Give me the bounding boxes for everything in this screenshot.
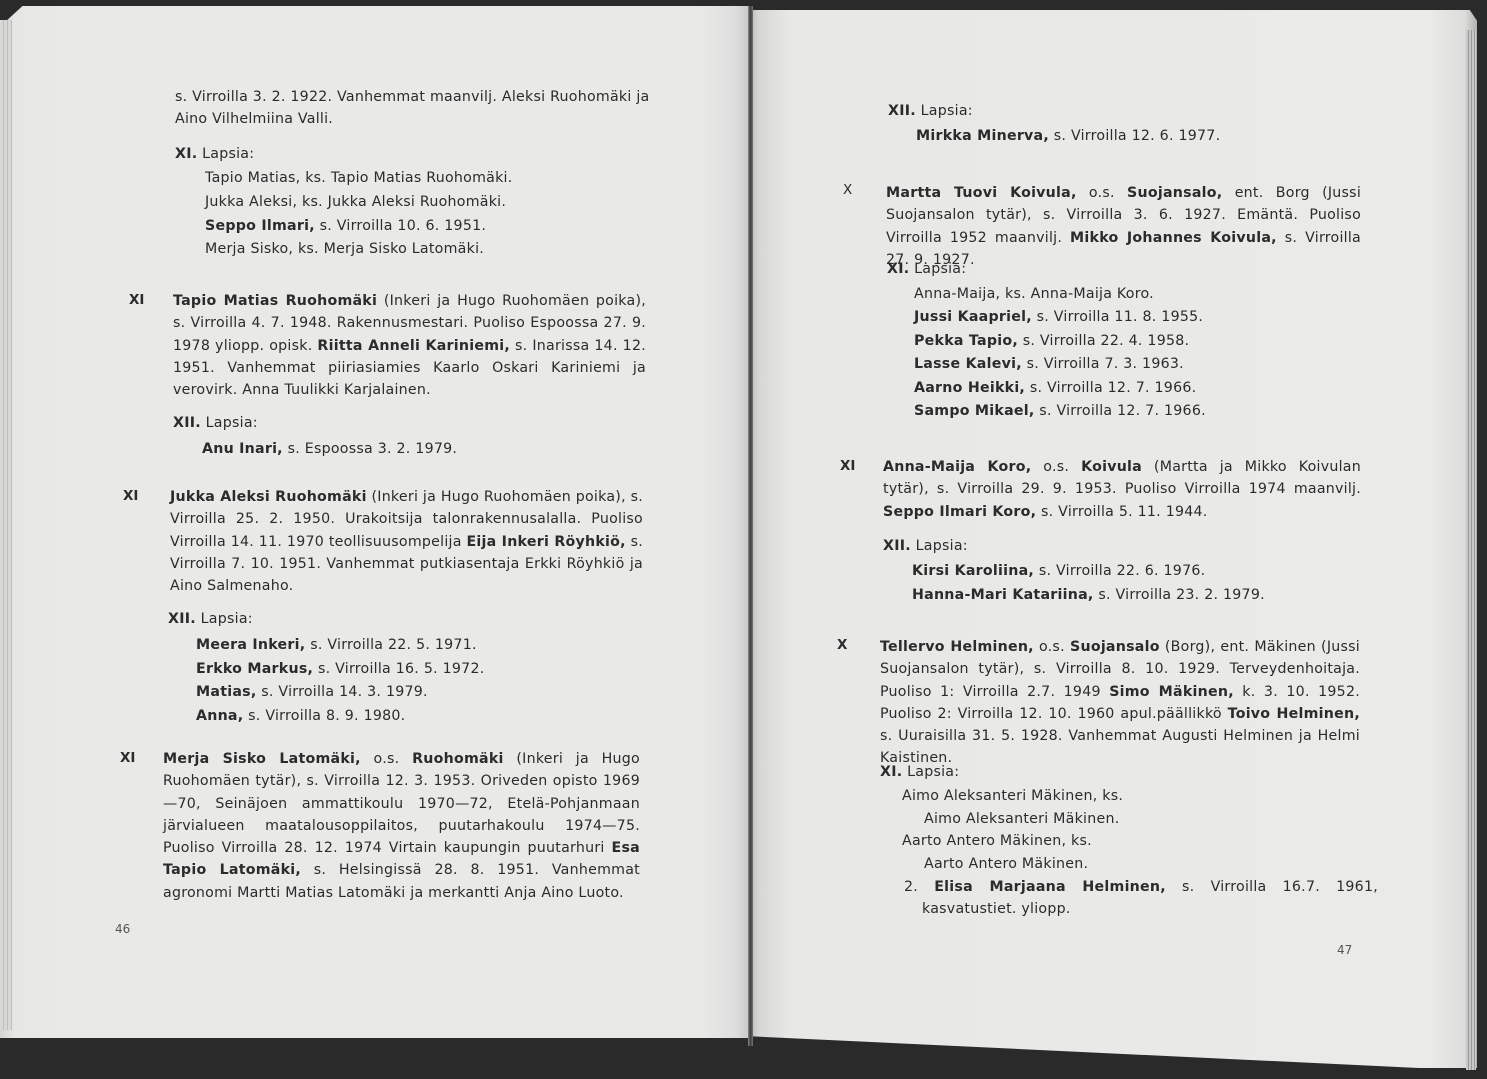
child-item: Sampo Mikael, s. Virroilla 12. 7. 1966. <box>914 400 1206 423</box>
child-item: Tapio Matias, ks. Tapio Matias Ruohomäki… <box>205 167 513 191</box>
page-number-right: 47 <box>1337 943 1352 957</box>
generation-marker: X <box>837 637 847 653</box>
child-ref-cont: Aarto Antero Mäkinen. <box>902 853 1123 876</box>
generation-marker: X <box>843 182 852 198</box>
child-item: Seppo Ilmari, s. Virroilla 10. 6. 1951. <box>205 215 513 239</box>
child-item: Jussi Kaapriel, s. Virroilla 11. 8. 1955… <box>914 306 1206 329</box>
children-heading: XI. Lapsia: <box>880 761 959 783</box>
children-heading: XII. Lapsia: <box>888 100 973 122</box>
intro-paragraph: s. Virroilla 3. 2. 1922. Vanhemmat maanv… <box>175 86 650 131</box>
children-heading: XII. Lapsia: <box>168 608 253 630</box>
children-refs: Aimo Aleksanteri Mäkinen, ks. Aimo Aleks… <box>902 785 1123 875</box>
children-list: Anna-Maija, ks. Anna-Maija Koro. Jussi K… <box>914 283 1206 423</box>
entry-tapio-matias-ruohomaki: Tapio Matias Ruohomäki (Inkeri ja Hugo R… <box>173 290 646 401</box>
intro-line-2: Aino Vilhelmiina Valli. <box>175 108 650 130</box>
children-heading: XII. Lapsia: <box>173 412 258 434</box>
child-item: Kirsi Karoliina, s. Virroilla 22. 6. 197… <box>912 560 1265 584</box>
child-item: Merja Sisko, ks. Merja Sisko Latomäki. <box>205 238 513 262</box>
page-number-left: 46 <box>115 922 130 936</box>
child-item: Anu Inari, s. Espoossa 3. 2. 1979. <box>202 438 457 460</box>
generation-marker: XI <box>840 458 855 474</box>
intro-children-list: Tapio Matias, ks. Tapio Matias Ruohomäki… <box>205 167 513 262</box>
child-item: Anna-Maija, ks. Anna-Maija Koro. <box>914 283 1206 306</box>
children-list: Meera Inkeri, s. Virroilla 22. 5. 1971. … <box>196 634 485 728</box>
generation-marker: XI <box>120 750 135 766</box>
book-gutter <box>748 6 753 1046</box>
entry-merja-sisko-latomaki: Merja Sisko Latomäki, o.s. Ruohomäki (In… <box>163 748 640 904</box>
children-heading: XII. Lapsia: <box>883 535 968 557</box>
child-item: Jukka Aleksi, ks. Jukka Aleksi Ruohomäki… <box>205 191 513 215</box>
child-item: Hanna-Mari Katariina, s. Virroilla 23. 2… <box>912 584 1265 608</box>
child-item: Pekka Tapio, s. Virroilla 22. 4. 1958. <box>914 330 1206 353</box>
child-ref: Aimo Aleksanteri Mäkinen, ks. <box>902 785 1123 808</box>
right-page-edges <box>1466 30 1476 1070</box>
child-ref: Aarto Antero Mäkinen, ks. <box>902 830 1123 853</box>
entry-anna-maija-koro: Anna-Maija Koro, o.s. Koivula (Martta ja… <box>883 456 1361 523</box>
intro-line-1: s. Virroilla 3. 2. 1922. Vanhemmat maanv… <box>175 86 650 108</box>
children-list: Kirsi Karoliina, s. Virroilla 22. 6. 197… <box>912 560 1265 607</box>
left-page-edges <box>0 20 12 1030</box>
child-ref-cont: Aimo Aleksanteri Mäkinen. <box>902 808 1123 831</box>
child-item: Erkko Markus, s. Virroilla 16. 5. 1972. <box>196 658 485 682</box>
child-item: Lasse Kalevi, s. Virroilla 7. 3. 1963. <box>914 353 1206 376</box>
entry-jukka-aleksi-ruohomaki: Jukka Aleksi Ruohomäki (Inkeri ja Hugo R… <box>170 486 643 597</box>
entry-tellervo-helminen: Tellervo Helminen, o.s. Suojansalo (Borg… <box>880 636 1360 770</box>
intro-children-heading: XI. Lapsia: <box>175 143 254 165</box>
children-list: Anu Inari, s. Espoossa 3. 2. 1979. <box>202 438 457 460</box>
children-heading: XI. Lapsia: <box>887 258 966 280</box>
child-item: Meera Inkeri, s. Virroilla 22. 5. 1971. <box>196 634 485 658</box>
child-item: Mirkka Minerva, s. Virroilla 12. 6. 1977… <box>916 125 1220 147</box>
children-list: Mirkka Minerva, s. Virroilla 12. 6. 1977… <box>916 125 1220 147</box>
child-item: Matias, s. Virroilla 14. 3. 1979. <box>196 681 485 705</box>
numbered-child: 2. Elisa Marjaana Helminen, s. Virroilla… <box>904 876 1378 921</box>
generation-marker: XI <box>123 488 138 504</box>
child-item: Aarno Heikki, s. Virroilla 12. 7. 1966. <box>914 377 1206 400</box>
generation-marker: XI <box>129 292 144 308</box>
child-item: Anna, s. Virroilla 8. 9. 1980. <box>196 705 485 729</box>
